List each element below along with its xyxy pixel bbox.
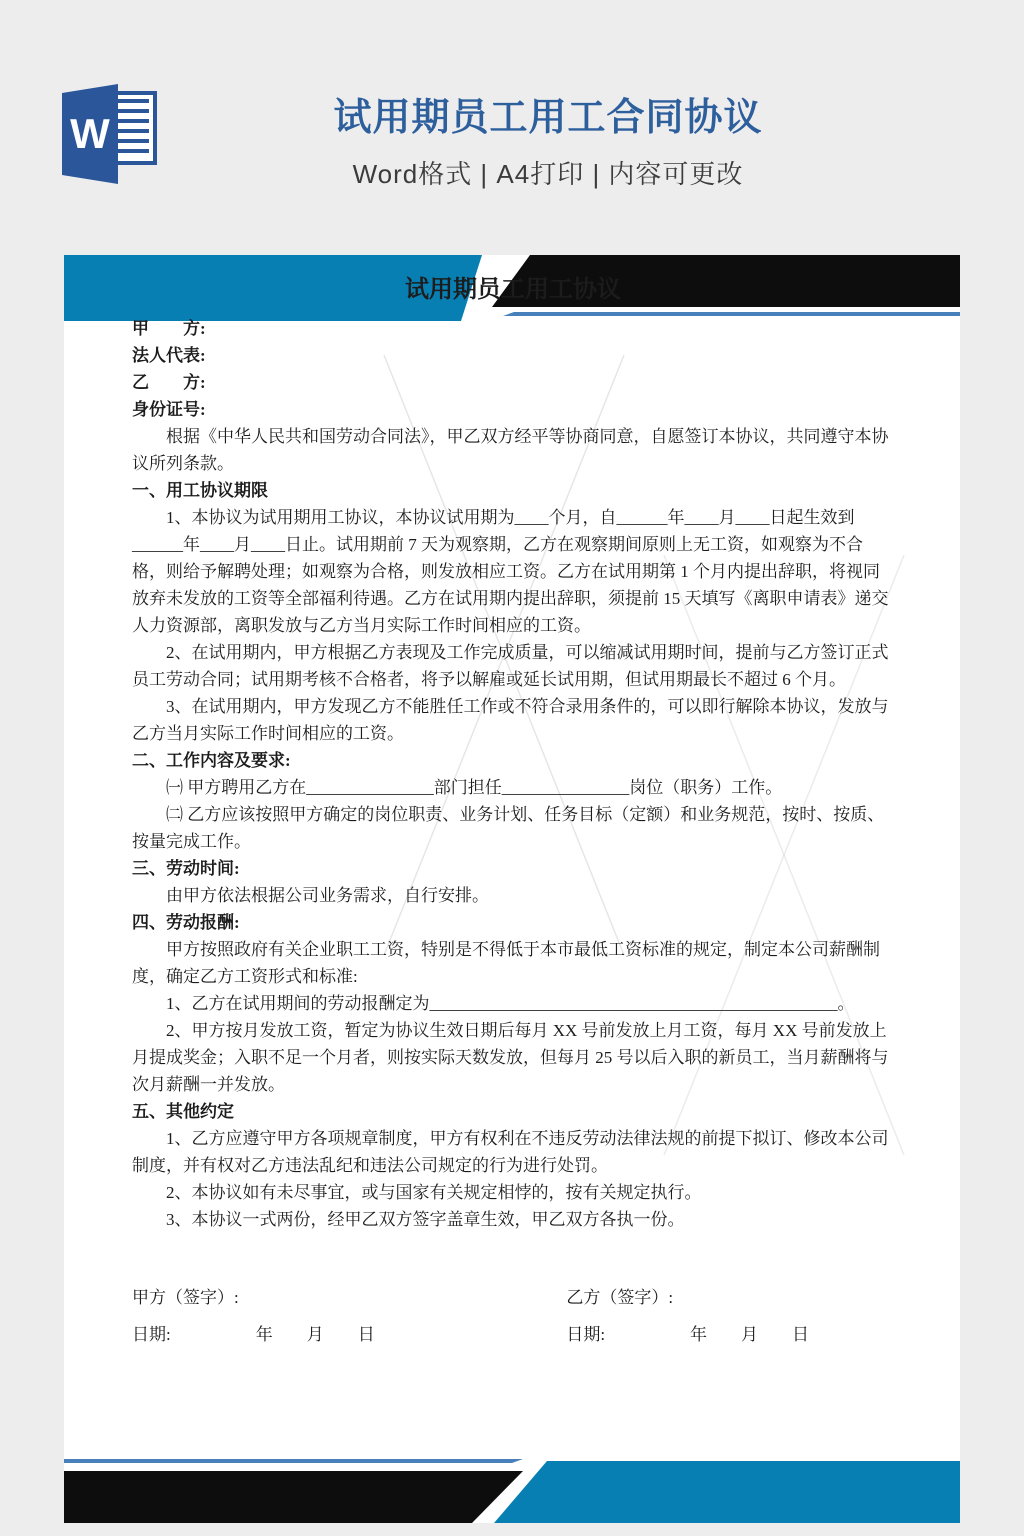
section-heading: 三、劳动时间:	[132, 855, 894, 882]
decor-band-bottom	[64, 1459, 960, 1523]
template-subtitle: Word格式 | A4打印 | 内容可更改	[72, 154, 1024, 191]
party-field: 乙 方:	[132, 369, 894, 396]
section-heading: 一、用工协议期限	[132, 477, 894, 504]
template-title: 试用期员工用工合同协议	[72, 86, 1024, 141]
section-paragraph: 3、本协议一式两份，经甲乙双方签字盖章生效，甲乙双方各执一份。	[132, 1206, 894, 1233]
party-b-sign-label: 乙方（签字）:	[566, 1279, 894, 1316]
decor-band-bottom-shapes	[64, 1459, 960, 1523]
document-body: 试用期员工用工协议 甲 方:法人代表:乙 方:身份证号: 根据《中华人民共和国劳…	[64, 255, 960, 1353]
section-paragraph: 1、乙方在试用期间的劳动报酬定为________________________…	[132, 990, 894, 1017]
section-paragraph: 2、在试用期内，甲方根据乙方表现及工作完成质量，可以缩减试用期时间，提前与乙方签…	[132, 639, 894, 693]
promo-header: W 试用期员工用工合同协议 Word格式 | A4打印 | 内容可更改	[0, 0, 1024, 255]
word-icon-letter: W	[62, 84, 118, 184]
section-paragraph: ㈡ 乙方应该按照甲方确定的岗位职责、业务计划、任务目标（定额）和业务规范，按时、…	[132, 801, 894, 855]
party-a-date-label: 日期: 年 月 日	[132, 1316, 566, 1353]
section-heading: 四、劳动报酬:	[132, 909, 894, 936]
section-paragraph: 甲方按照政府有关企业职工工资，特别是不得低于本市最低工资标准的规定，制定本公司薪…	[132, 936, 894, 990]
party-field: 身份证号:	[132, 396, 894, 423]
signature-block: 甲方（签字）: 日期: 年 月 日 乙方（签字）: 日期: 年 月 日	[132, 1279, 894, 1353]
section-paragraph: 2、甲方按月发放工资，暂定为协议生效日期后每月 XX 号前发放上月工资，每月 X…	[132, 1017, 894, 1098]
word-icon-w: W	[70, 110, 110, 158]
party-b-date-label: 日期: 年 月 日	[566, 1316, 894, 1353]
section-paragraph: 3、在试用期内，甲方发现乙方不能胜任工作或不符合录用条件的，可以即行解除本协议，…	[132, 693, 894, 747]
section-heading: 二、工作内容及要求:	[132, 747, 894, 774]
section-heading: 五、其他约定	[132, 1098, 894, 1125]
intro-paragraph: 根据《中华人民共和国劳动合同法》，甲乙双方经平等协商同意，自愿签订本协议，共同遵…	[132, 423, 894, 477]
document-page: 试用期员工用工协议 甲 方:法人代表:乙 方:身份证号: 根据《中华人民共和国劳…	[64, 255, 960, 1523]
word-icon: W	[62, 84, 166, 186]
party-a-sign-label: 甲方（签字）:	[132, 1279, 566, 1316]
section-paragraph: 由甲方依法根据公司业务需求，自行安排。	[132, 882, 894, 909]
contract-sections: 一、用工协议期限1、本协议为试用期用工协议，本协议试用期为____个月，自___…	[132, 477, 894, 1233]
section-paragraph: 2、本协议如有未尽事宜，或与国家有关规定相悖的，按有关规定执行。	[132, 1179, 894, 1206]
word-icon-page-lines	[116, 99, 149, 157]
section-paragraph: 1、本协议为试用期用工协议，本协议试用期为____个月，自______年____…	[132, 504, 894, 639]
party-field: 法人代表:	[132, 342, 894, 369]
section-paragraph: ㈠ 甲方聘用乙方在_______________部门担任____________…	[132, 774, 894, 801]
document-title: 试用期员工用工协议	[132, 271, 894, 309]
party-a-signature: 甲方（签字）: 日期: 年 月 日	[132, 1279, 566, 1353]
party-b-signature: 乙方（签字）: 日期: 年 月 日	[566, 1279, 894, 1353]
party-fields: 甲 方:法人代表:乙 方:身份证号:	[132, 315, 894, 423]
section-paragraph: 1、乙方应遵守甲方各项规章制度，甲方有权利在不违反劳动法律法规的前提下拟订、修改…	[132, 1125, 894, 1179]
party-field: 甲 方:	[132, 315, 894, 342]
